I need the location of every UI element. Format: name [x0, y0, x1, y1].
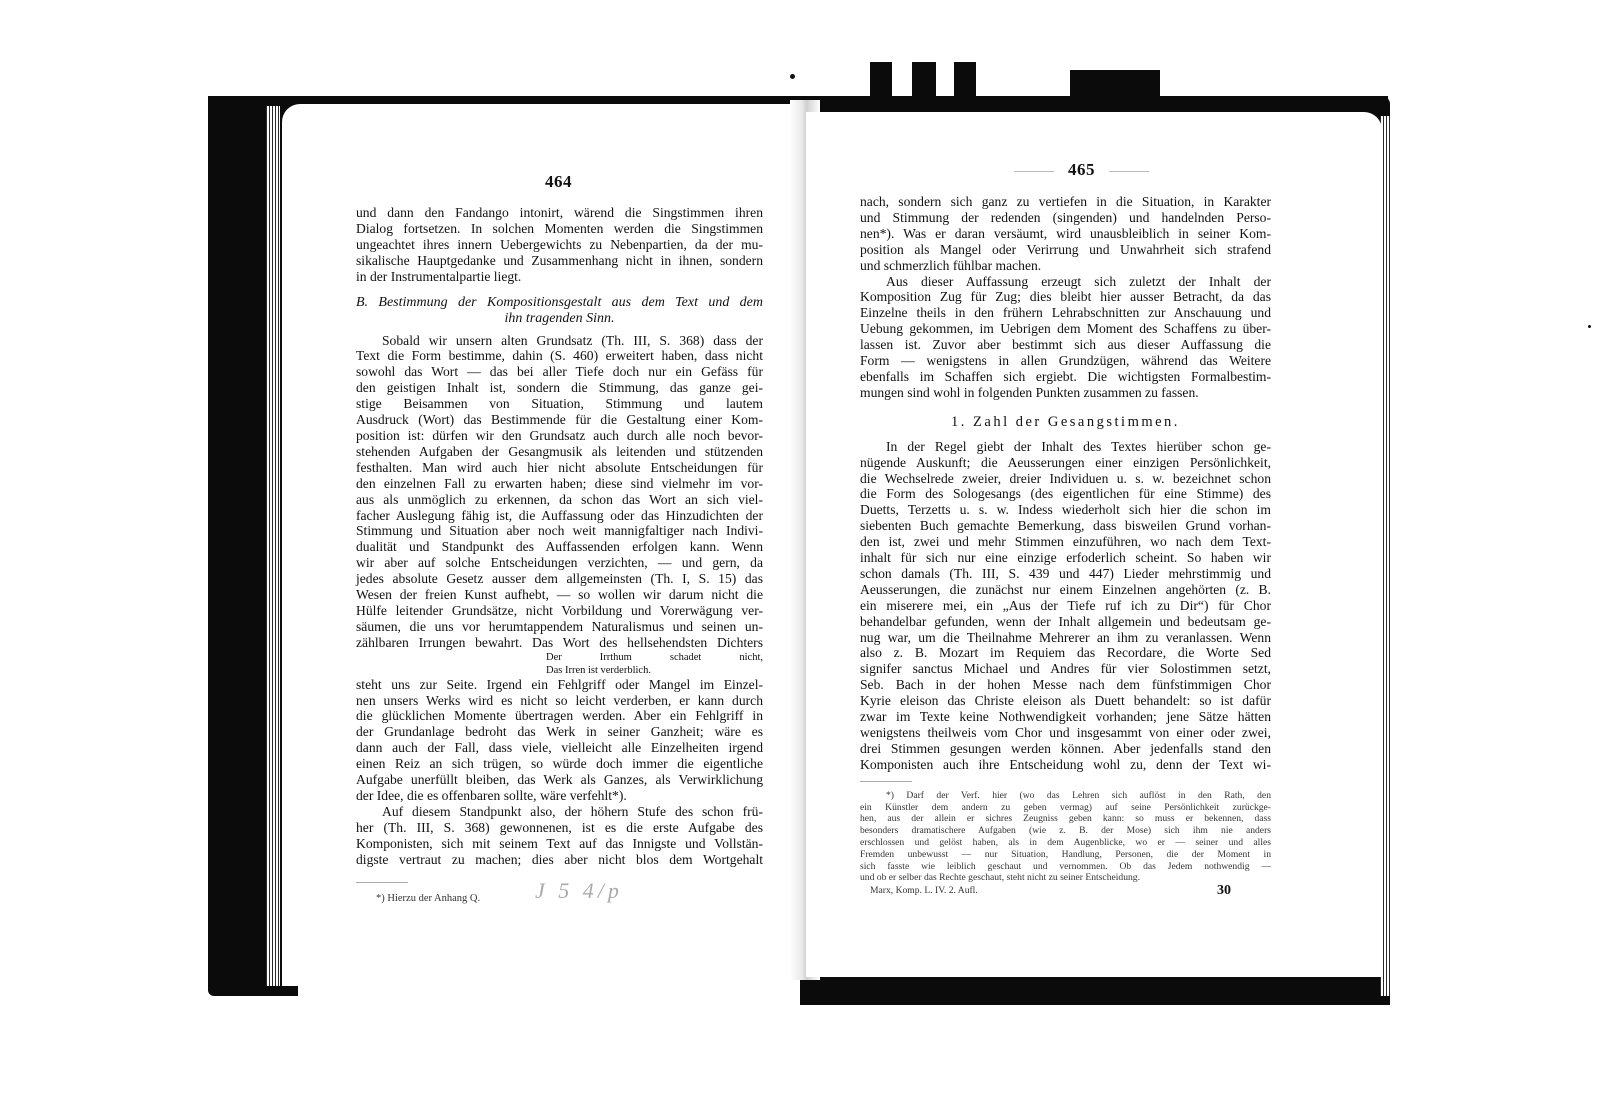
text-line: nach, sondern sich ganz zu vertiefen in … — [860, 194, 1271, 210]
text-line: den geistigen Inhalt ist, sondern die St… — [356, 380, 763, 396]
signature: Marx, Komp. L. IV. 2. Aufl. — [870, 885, 978, 897]
signature-line: Marx, Komp. L. IV. 2. Aufl. 30 — [860, 885, 1271, 899]
page-edges-left — [266, 106, 280, 986]
text-line: Das Irren ist verderblich. — [546, 664, 763, 677]
text-line: der Grundanlage bedroht das Werk in sein… — [356, 724, 763, 740]
text-line: siebenten Buch gemachte Bemerkung, dass … — [860, 518, 1271, 534]
paragraph: nach, sondern sich ganz zu vertiefen in … — [860, 194, 1271, 274]
text-line: zwar im Texte keine Nothwendigkeit vorha… — [860, 709, 1271, 725]
text-line: und dann den Fandango intonirt, wärend d… — [356, 205, 763, 221]
text-line: Komponisten, sich mit seinem Text auf da… — [356, 836, 763, 852]
text-line: behandelbar gefunden, wenn der Inhalt al… — [860, 614, 1271, 630]
text-line: und ob er selber das Rechte geschaut, st… — [860, 872, 1271, 884]
text-line: nug war, um die Theilnahme Mehrerer an i… — [860, 630, 1271, 646]
section-heading: B. Bestimmung der Kompositionsgestalt au… — [356, 295, 763, 327]
paragraph: und dann den Fandango intonirt, wärend d… — [356, 205, 763, 285]
text-line: wir aber auf solche Entscheidungen verzi… — [356, 555, 763, 571]
text-line: drei Stimmen gesungen werden können. Abe… — [860, 741, 1271, 757]
text-line: den ist, zwei und mehr Stimmen einzuführ… — [860, 534, 1271, 550]
text-line: aus als unmöglich zu erkennen, da schon … — [356, 492, 763, 508]
text-line: festhalten. Man wird auch hier nicht abs… — [356, 460, 763, 476]
text-line: lassen ist. Zuvor aber bestimmt sich aus… — [860, 337, 1271, 353]
text-line: Stimmung und Situation aber noch weit ma… — [356, 523, 763, 539]
section-heading: 1. Zahl der Gesangstimmen. — [860, 415, 1271, 431]
text-line: Aus dieser Auffassung erzeugt sich zulet… — [860, 274, 1271, 290]
text-line: jedes absolute Gesetz ausser dem allgeme… — [356, 571, 763, 587]
text-line: In der Regel giebt der Inhalt des Textes… — [860, 439, 1271, 455]
text-line: schon damals (Th. III, S. 439 und 447) L… — [860, 566, 1271, 582]
text-line: und schmerzlich fühlbar machen. — [860, 258, 1271, 274]
text-line: position ist: dürfen wir den Grundsatz a… — [356, 428, 763, 444]
footnote: *) Darf der Verf. hier (wo das Lehren si… — [860, 790, 1271, 884]
text-line: nen unsers Werks wird es nicht so leicht… — [356, 693, 763, 709]
text-line: in der Instrumentalpartie liegt. — [356, 269, 763, 285]
text-line: Komposition Zug für Zug; dies bleibt hie… — [860, 289, 1271, 305]
text-line: position als Mangel oder Verirrung und U… — [860, 242, 1271, 258]
text-line: die glücklichen Momente übertragen werde… — [356, 708, 763, 724]
paragraph: Auf diesem Standpunkt also, der höhern S… — [356, 804, 763, 868]
text-line: dann auch der Fall, dass viele, vielleic… — [356, 740, 763, 756]
cover-tab — [1070, 70, 1160, 100]
text-line: Auf diesem Standpunkt also, der höhern S… — [356, 804, 763, 820]
text-line: Form — wenigstens in allen Grundzügen, w… — [860, 353, 1271, 369]
text-line: Seb. Bach in der hohen Messe nach dem fü… — [860, 677, 1271, 693]
text-line: Aufgabe unerfüllt bleiben, das Werk als … — [356, 772, 763, 788]
text-line: hen, aus der allein er sichres Zeugniss … — [860, 813, 1271, 825]
text-line: sikalische Hauptgedanke und Zusammenhang… — [356, 253, 763, 269]
text-line: Dialog fortsetzen. In solchen Momenten w… — [356, 221, 763, 237]
paragraph: Sobald wir unsern alten Grundsatz (Th. I… — [356, 333, 763, 651]
scan-speck — [1588, 325, 1591, 328]
text-line: einen Reiz an sich trügen, so würde doch… — [356, 756, 763, 772]
text-line: und Stimmung der redenden (singenden) un… — [860, 210, 1271, 226]
cover-tab — [954, 62, 976, 102]
text-line: Uebung gekommen, im Uebrigen dem Moment … — [860, 321, 1271, 337]
text-line: der Idee, die es offenbaren sollte, wäre… — [356, 788, 763, 804]
text-line: Aeusserungen, die zunächst nur einem Ein… — [860, 582, 1271, 598]
text-line: Sobald wir unsern alten Grundsatz (Th. I… — [356, 333, 763, 349]
text-line: digste vertraut zu machen; dies aber nic… — [356, 852, 763, 868]
block-quote: Der Irrthum schadet nicht,Das Irren ist … — [356, 651, 763, 677]
scan-speck — [790, 74, 795, 79]
book-cover-bottom — [800, 975, 1390, 1005]
text-line: mungen sind wohl in folgenden Punkten zu… — [860, 385, 1271, 401]
text-line: ein Künstler dem andern zu geben vermag)… — [860, 802, 1271, 814]
page-number-text: 464 — [545, 172, 572, 191]
text-line: Komponisten auch ihre Entscheidung wohl … — [860, 757, 1271, 773]
text-line: inhalt für sich nur eine einzige erfoder… — [860, 550, 1271, 566]
right-page-text: nach, sondern sich ganz zu vertiefen in … — [860, 194, 1271, 899]
cover-tab — [912, 62, 936, 102]
text-line: Kyrie eleison das Christe eleison als Du… — [860, 693, 1271, 709]
text-line: die Form des Sologesangs (des eigentlich… — [860, 486, 1271, 502]
text-line: Text die Form bestimme, dahin (S. 460) e… — [356, 348, 763, 364]
text-line: zählbaren Irrungen bewahrt. Das Wort des… — [356, 635, 763, 651]
footnote-rule — [860, 781, 912, 782]
text-line: Der Irrthum schadet nicht, — [546, 651, 763, 664]
text-line: den einzelnen Fall zu erwarten haben; di… — [356, 476, 763, 492]
text-line: Wesen der freien Kunst aufhebt, — so wol… — [356, 587, 763, 603]
left-page-number: 464 — [545, 172, 572, 192]
signature-number: 30 — [1217, 883, 1231, 899]
text-line: besonders dramatischere Aufgaben (wie z.… — [860, 825, 1271, 837]
text-line: Hülfe leitender Grundsätze, nicht Vorbil… — [356, 603, 763, 619]
cover-tab — [870, 62, 892, 102]
text-line: her (Th. III, S. 368) gewonnenen, ist es… — [356, 820, 763, 836]
left-page-text: und dann den Fandango intonirt, wärend d… — [356, 205, 763, 904]
decorative-rule — [1014, 171, 1054, 172]
text-line: Duetts, Terzetts u. s. w. Indess wiederh… — [860, 502, 1271, 518]
page-number-text: 465 — [1068, 160, 1095, 179]
text-line: ihn tragenden Sinn. — [356, 311, 763, 327]
text-line: ein miserere mei, ein „Aus der Tiefe ruf… — [860, 598, 1271, 614]
text-line: nen*). Was er daran versäumt, wird unaus… — [860, 226, 1271, 242]
text-line: steht uns zur Seite. Irgend ein Fehlgrif… — [356, 677, 763, 693]
text-line: ebenfalls im Schaffen sich ergiebt. Die … — [860, 369, 1271, 385]
text-line: säumen, die uns vor herumtappendem Natur… — [356, 619, 763, 635]
text-line: Einzelne theils in den frühern Lehrabsch… — [860, 305, 1271, 321]
text-line: wenigstens theilweis vom Chor und insges… — [860, 725, 1271, 741]
text-line: dualität und Standpunkt des Auffassenden… — [356, 539, 763, 555]
text-line: Ausdruck (Wort) das Bestimmende für die … — [356, 412, 763, 428]
text-line: ungeachtet ihres innern Uebergewichts zu… — [356, 237, 763, 253]
right-page-number: 465 — [1000, 160, 1163, 180]
text-line: sowohl das Wort — das bei aller Tiefe do… — [356, 364, 763, 380]
text-line: sich fasste wie leiblich geschaut und ve… — [860, 861, 1271, 873]
paragraph: Aus dieser Auffassung erzeugt sich zulet… — [860, 274, 1271, 401]
text-line: nügende Auskunft; die Aeusserungen einer… — [860, 455, 1271, 471]
text-line: erschlossen und gelöst haben, als in dem… — [860, 837, 1271, 849]
paragraph: In der Regel giebt der Inhalt des Textes… — [860, 439, 1271, 773]
text-line: also z. B. Mozart im Requiem das Recorda… — [860, 645, 1271, 661]
decorative-rule — [1109, 171, 1149, 172]
text-line: Fremden unbewusst — nur Situation, Handl… — [860, 849, 1271, 861]
text-line: B. Bestimmung der Kompositionsgestalt au… — [356, 295, 763, 311]
text-line: stige Beisammen von Situation, Stimmung … — [356, 396, 763, 412]
handwritten-note: J 5 4/p — [535, 878, 623, 904]
text-line: die Wechselrede zweier, dreier Individue… — [860, 471, 1271, 487]
text-line: facher Auslegung fähig ist, die Auffassu… — [356, 508, 763, 524]
paragraph: steht uns zur Seite. Irgend ein Fehlgrif… — [356, 677, 763, 804]
footnote-rule — [356, 882, 408, 883]
text-line: *) Darf der Verf. hier (wo das Lehren si… — [860, 790, 1271, 802]
text-line: signifer sanctus Michael und Andres für … — [860, 661, 1271, 677]
text-line: stehenden Aufgaben der Gesangmusik als l… — [356, 444, 763, 460]
